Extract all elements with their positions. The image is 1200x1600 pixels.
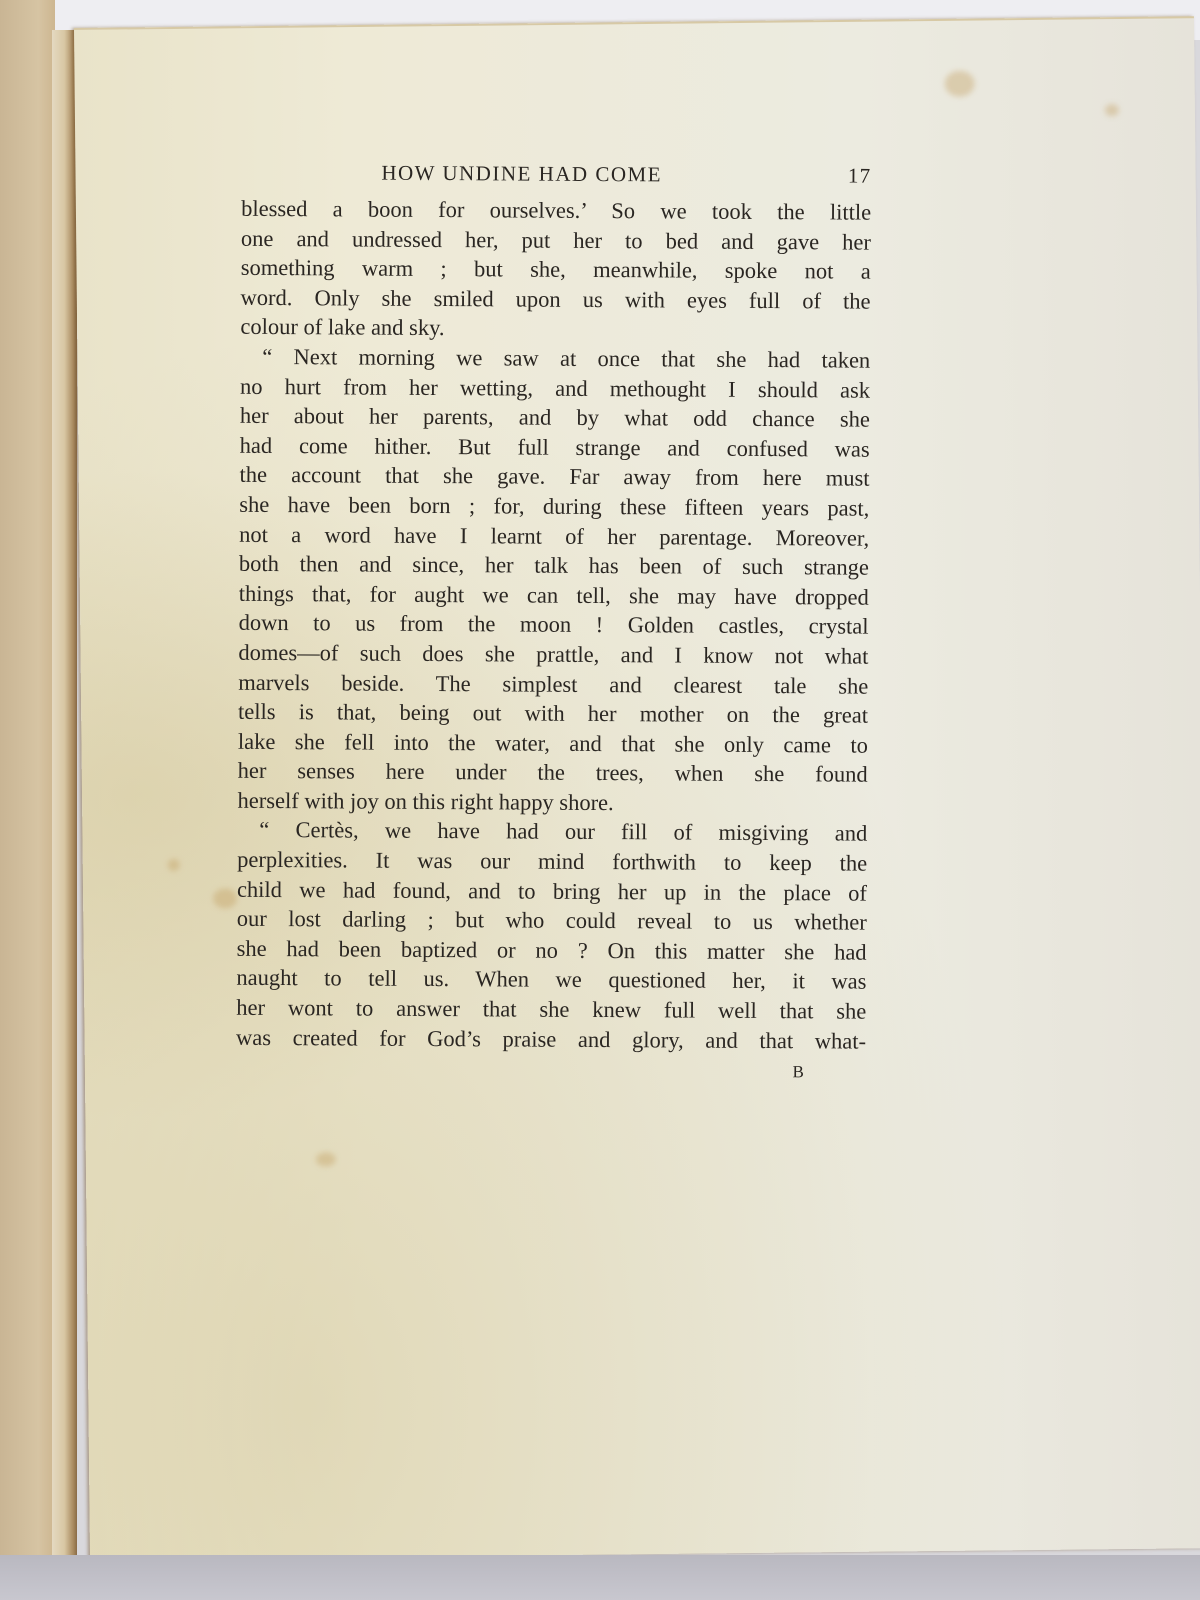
text-line: no hurt from her wetting, and methought … [240,371,870,404]
background-surface-bottom [0,1555,1200,1600]
text-line: had come hither. But full strange and co… [240,431,870,464]
text-line: word. Only she smiled upon us with eyes … [241,283,871,316]
text-line: child we had found, and to bring her up … [237,874,867,907]
foxing-stain [213,888,237,908]
text-line: perplexities. It was our mind forthwith … [237,845,867,878]
text-line: her wont to answer that she knew full we… [236,993,866,1026]
text-line: not a word have I learnt of her parentag… [239,519,869,552]
text-line: “ Certès, we have had our fill of misgiv… [237,815,867,848]
foxing-stain [944,71,974,97]
text-line: one and undressed her, put her to bed an… [241,223,871,256]
text-line: was created for God’s praise and glory, … [236,1022,866,1055]
text-line: marvels beside. The simplest and cleares… [238,667,868,700]
foxing-stain [1105,104,1119,116]
text-line: herself with joy on this right happy sho… [237,786,867,819]
text-line: the account that she gave. Far away from… [239,460,869,493]
page-text-block: HOW UNDINE HAD COME 17 blessed a boon fo… [236,158,872,1088]
text-line: naught to tell us. When we questioned he… [236,963,866,996]
running-head: HOW UNDINE HAD COME 17 [241,158,871,198]
text-line: our lost darling ; but who could reveal … [237,904,867,937]
text-line: domes—of such does she prattle, and I kn… [238,638,868,671]
paragraph: “ Next morning we saw at once that she h… [237,342,870,819]
text-line: lake she fell into the water, and that s… [238,726,868,759]
text-line: tells is that, being out with her mother… [238,697,868,730]
text-line: something warm ; but she, meanwhile, spo… [241,253,871,286]
text-line: things that, for aught we can tell, she … [239,579,869,612]
text-line: she have been born ; for, during these f… [239,490,869,523]
text-line: down to us from the moon ! Golden castle… [239,608,869,641]
text-line: her about her parents, and by what odd c… [240,401,870,434]
paragraph: blessed a boon for ourselves.’ So we too… [240,194,871,346]
book-page-edges [52,30,77,1560]
signature-mark: B [236,1054,866,1087]
paragraph: “ Certès, we have had our fill of misgiv… [236,815,867,1056]
text-line: her senses here under the trees, when sh… [238,756,868,789]
text-line: “ Next morning we saw at once that she h… [240,342,870,375]
foxing-stain [316,1152,336,1166]
text-line: she had been baptized or no ? On this ma… [237,934,867,967]
text-line: colour of lake and sky. [240,312,870,345]
text-line: both then and since, her talk has been o… [239,549,869,582]
text-line: blessed a boon for ourselves.’ So we too… [241,194,871,227]
running-head-title: HOW UNDINE HAD COME [381,159,662,190]
book-page: HOW UNDINE HAD COME 17 blessed a boon fo… [74,16,1200,1560]
foxing-stain [168,859,180,871]
page-number: 17 [848,162,872,192]
book-cover-board [0,0,55,1560]
